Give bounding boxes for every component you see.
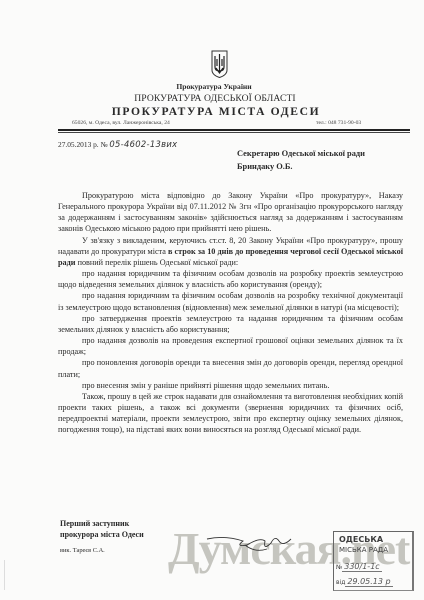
document-page: Прокуратура України ПРОКУРАТУРА ОДЕСЬКОЇ… xyxy=(0,0,424,600)
registration-stamp: ОДЕСЬКА МІСЬКА РАДА №330/1-1с від29.05.1… xyxy=(333,531,414,591)
stamp-date: від29.05.13 р xyxy=(336,577,393,586)
paragraph-2: У зв'язку з викладеним, керуючись ст.ст.… xyxy=(58,235,403,268)
stamp-line-1: ОДЕСЬКА xyxy=(339,535,383,544)
executor: вик. Тареєв С.А. xyxy=(60,547,105,554)
addressee-title: Секретарю Одеської міської ради xyxy=(237,148,365,161)
reference-date: 27.05.2013 р. № xyxy=(58,140,108,149)
trident-coat-of-arms-icon xyxy=(211,50,228,78)
signatory: Перший заступник прокурора міста Одеси xyxy=(60,518,144,540)
letterhead-line-2: ПРОКУРАТУРА ОДЕСЬКОЇ ОБЛАСТІ xyxy=(3,93,424,104)
header-divider xyxy=(58,129,410,131)
addressee: Секретарю Одеської міської ради Бриндаку… xyxy=(237,148,365,173)
letter-body: Прокуратурою міста відповідно до Закону … xyxy=(58,190,403,435)
list-item: про надання юридичним та фізичним особам… xyxy=(58,268,403,290)
handwritten-signature-icon xyxy=(205,527,295,557)
stamp-number: №330/1-1с xyxy=(336,562,382,571)
letterhead-line-3: ПРОКУРАТУРА МІСТА ОДЕСИ xyxy=(4,105,424,118)
reference-line: 27.05.2013 р. № 05-4602-13вих xyxy=(58,139,177,149)
list-item: про надання юридичним та фізичним особам… xyxy=(58,290,403,312)
addressee-name: Бриндаку О.Б. xyxy=(237,161,365,174)
letterhead-phone: тел.: 048 731-90-03 xyxy=(316,120,361,126)
list-item: про надання дозволів на проведення експе… xyxy=(58,335,403,357)
list-item: про затвердження проектів землеустрою та… xyxy=(58,313,403,335)
list-item: про внесення змін у раніше прийняті ріше… xyxy=(58,380,403,391)
scan-edge xyxy=(4,560,5,590)
list-item: про поновлення договорів оренди та внесе… xyxy=(58,357,403,379)
paragraph-3: Також, прошу в цей же строк надавати для… xyxy=(58,391,403,436)
stamp-line-2: МІСЬКА РАДА xyxy=(339,546,388,554)
signatory-title-2: прокурора міста Одеси xyxy=(60,529,144,540)
letterhead-line-1: Прокуратура України xyxy=(2,82,424,91)
signatory-title: Перший заступник xyxy=(60,518,144,529)
header-divider-thin xyxy=(58,132,410,133)
letterhead-address: 65026, м. Одеса, вул. Ланжеронівська, 24 xyxy=(72,120,170,126)
reference-number: 05-4602-13вих xyxy=(109,139,177,149)
paragraph-1: Прокуратурою міста відповідно до Закону … xyxy=(58,190,403,235)
